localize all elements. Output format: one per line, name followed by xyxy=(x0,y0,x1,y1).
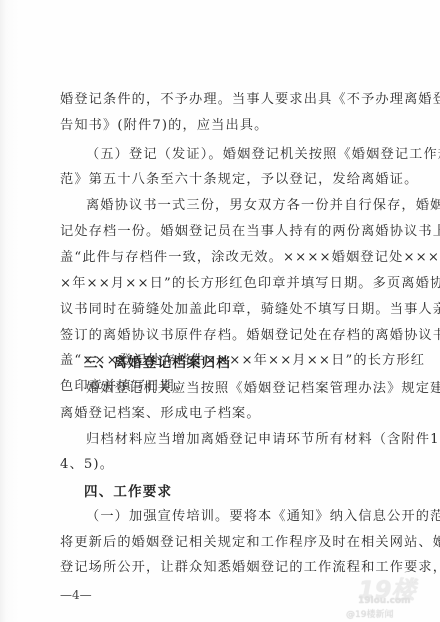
paragraph-line: ×年××月××日”的长方形红色印章并填写日期。多页离婚协 xyxy=(60,275,390,293)
section-heading-requirements: 四、工作要求 xyxy=(84,483,172,501)
page-number: —4— xyxy=(60,588,92,602)
paragraph-line: （五）登记（发证）。婚姻登记机关按照《婚姻登记工作规 xyxy=(86,146,390,164)
paragraph-line: 盖“此件与存档件一致，涂改无效。××××婚姻登记处××× xyxy=(60,249,390,267)
paragraph-line: 婚姻登记机关应当按照《婚姻登记档案管理办法》规定建立 xyxy=(86,380,390,398)
paragraph-line: 离婚登记档案、形成电子档案。 xyxy=(60,405,390,423)
paragraph-line: 记处存档一份。婚姻登记员在当事人持有的两份离婚协议书上加 xyxy=(60,223,390,241)
paragraph-line: 将更新后的婚姻登记相关规定和工作程序及时在相关网站、婚姻 xyxy=(60,534,390,552)
document-page: 婚登记条件的，不予办理。当事人要求出具《不予办理离婚登记 告知书》(附件7)的，… xyxy=(0,0,440,622)
section-heading-archiving: 三、离婚登记档案归档 xyxy=(84,354,231,372)
paragraph-line: 归档材料应当增加离婚登记申请环节所有材料（含附件1、 xyxy=(86,431,390,449)
paragraph-line: 签订的离婚协议书原件存档。婚姻登记处在存档的离婚协议书加 xyxy=(60,327,390,345)
watermark-domain: 19lou.com xyxy=(358,596,411,606)
paragraph-line: （一）加强宣传培训。要将本《通知》纳入信息公开的范围， xyxy=(86,508,390,526)
paragraph-line: 范》第五十八条至六十条规定，予以登记，发给离婚证。 xyxy=(60,171,390,189)
watermark: 19楼 19lou.com @19楼新闻 xyxy=(340,570,440,622)
paragraph-line: 婚登记条件的，不予办理。当事人要求出具《不予办理离婚登记 xyxy=(60,91,390,109)
paragraph-line: 告知书》(附件7)的，应当出具。 xyxy=(60,117,390,135)
watermark-weibo-handle: @19楼新闻 xyxy=(346,607,393,620)
paragraph-line: 离婚协议书一式三份，男女双方各一份并自行保存，婚姻登 xyxy=(86,197,390,215)
paragraph-line: 议书同时在骑缝处加盖此印章，骑缝处不填写日期。当事人亲自 xyxy=(60,301,390,319)
paragraph-line: 4、5)。 xyxy=(60,456,390,474)
